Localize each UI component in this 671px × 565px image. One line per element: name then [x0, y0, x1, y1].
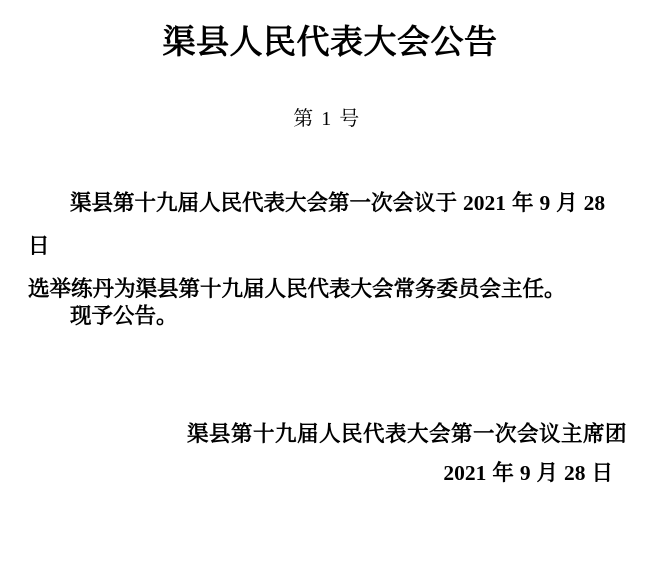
doc-number-suffix: 号	[333, 108, 361, 130]
date-day-label: 日	[586, 461, 613, 485]
p1-month-number: 9	[539, 191, 550, 215]
date-year-label: 年	[486, 461, 519, 485]
p1-year-label: 年	[506, 191, 539, 215]
doc-number-value: 1	[321, 108, 333, 130]
announcement-document-page: 渠县人民代表大会公告 第 1 号 渠县第十九届人民代表大会第一次会议于 2021…	[0, 0, 671, 565]
p1-month-label: 月	[550, 191, 583, 215]
date-year-number: 2021	[443, 461, 486, 485]
p1-year-number: 2021	[463, 191, 506, 215]
signature-issuer: 渠县第十九届人民代表大会第一次会议主席团	[187, 413, 627, 456]
p1-text-lead: 渠县第十九届人民代表大会第一次会议于	[70, 191, 463, 215]
document-title: 渠县人民代表大会公告	[0, 21, 660, 63]
date-day-number: 28	[564, 461, 586, 485]
p1-day-number: 28	[584, 191, 606, 215]
body-paragraph-hereby-announced: 现予公告。	[28, 295, 624, 338]
signature-date: 2021 年 9 月 28 日	[443, 452, 613, 495]
body-paragraph-election: 渠县第十九届人民代表大会第一次会议于 2021 年 9 月 28 日 选举练丹为…	[28, 182, 624, 311]
p1-day-label: 日	[28, 234, 50, 258]
doc-number-prefix: 第	[293, 108, 321, 130]
document-number: 第 1 号	[0, 104, 654, 134]
date-month-number: 9	[520, 461, 531, 485]
date-month-label: 月	[531, 461, 564, 485]
